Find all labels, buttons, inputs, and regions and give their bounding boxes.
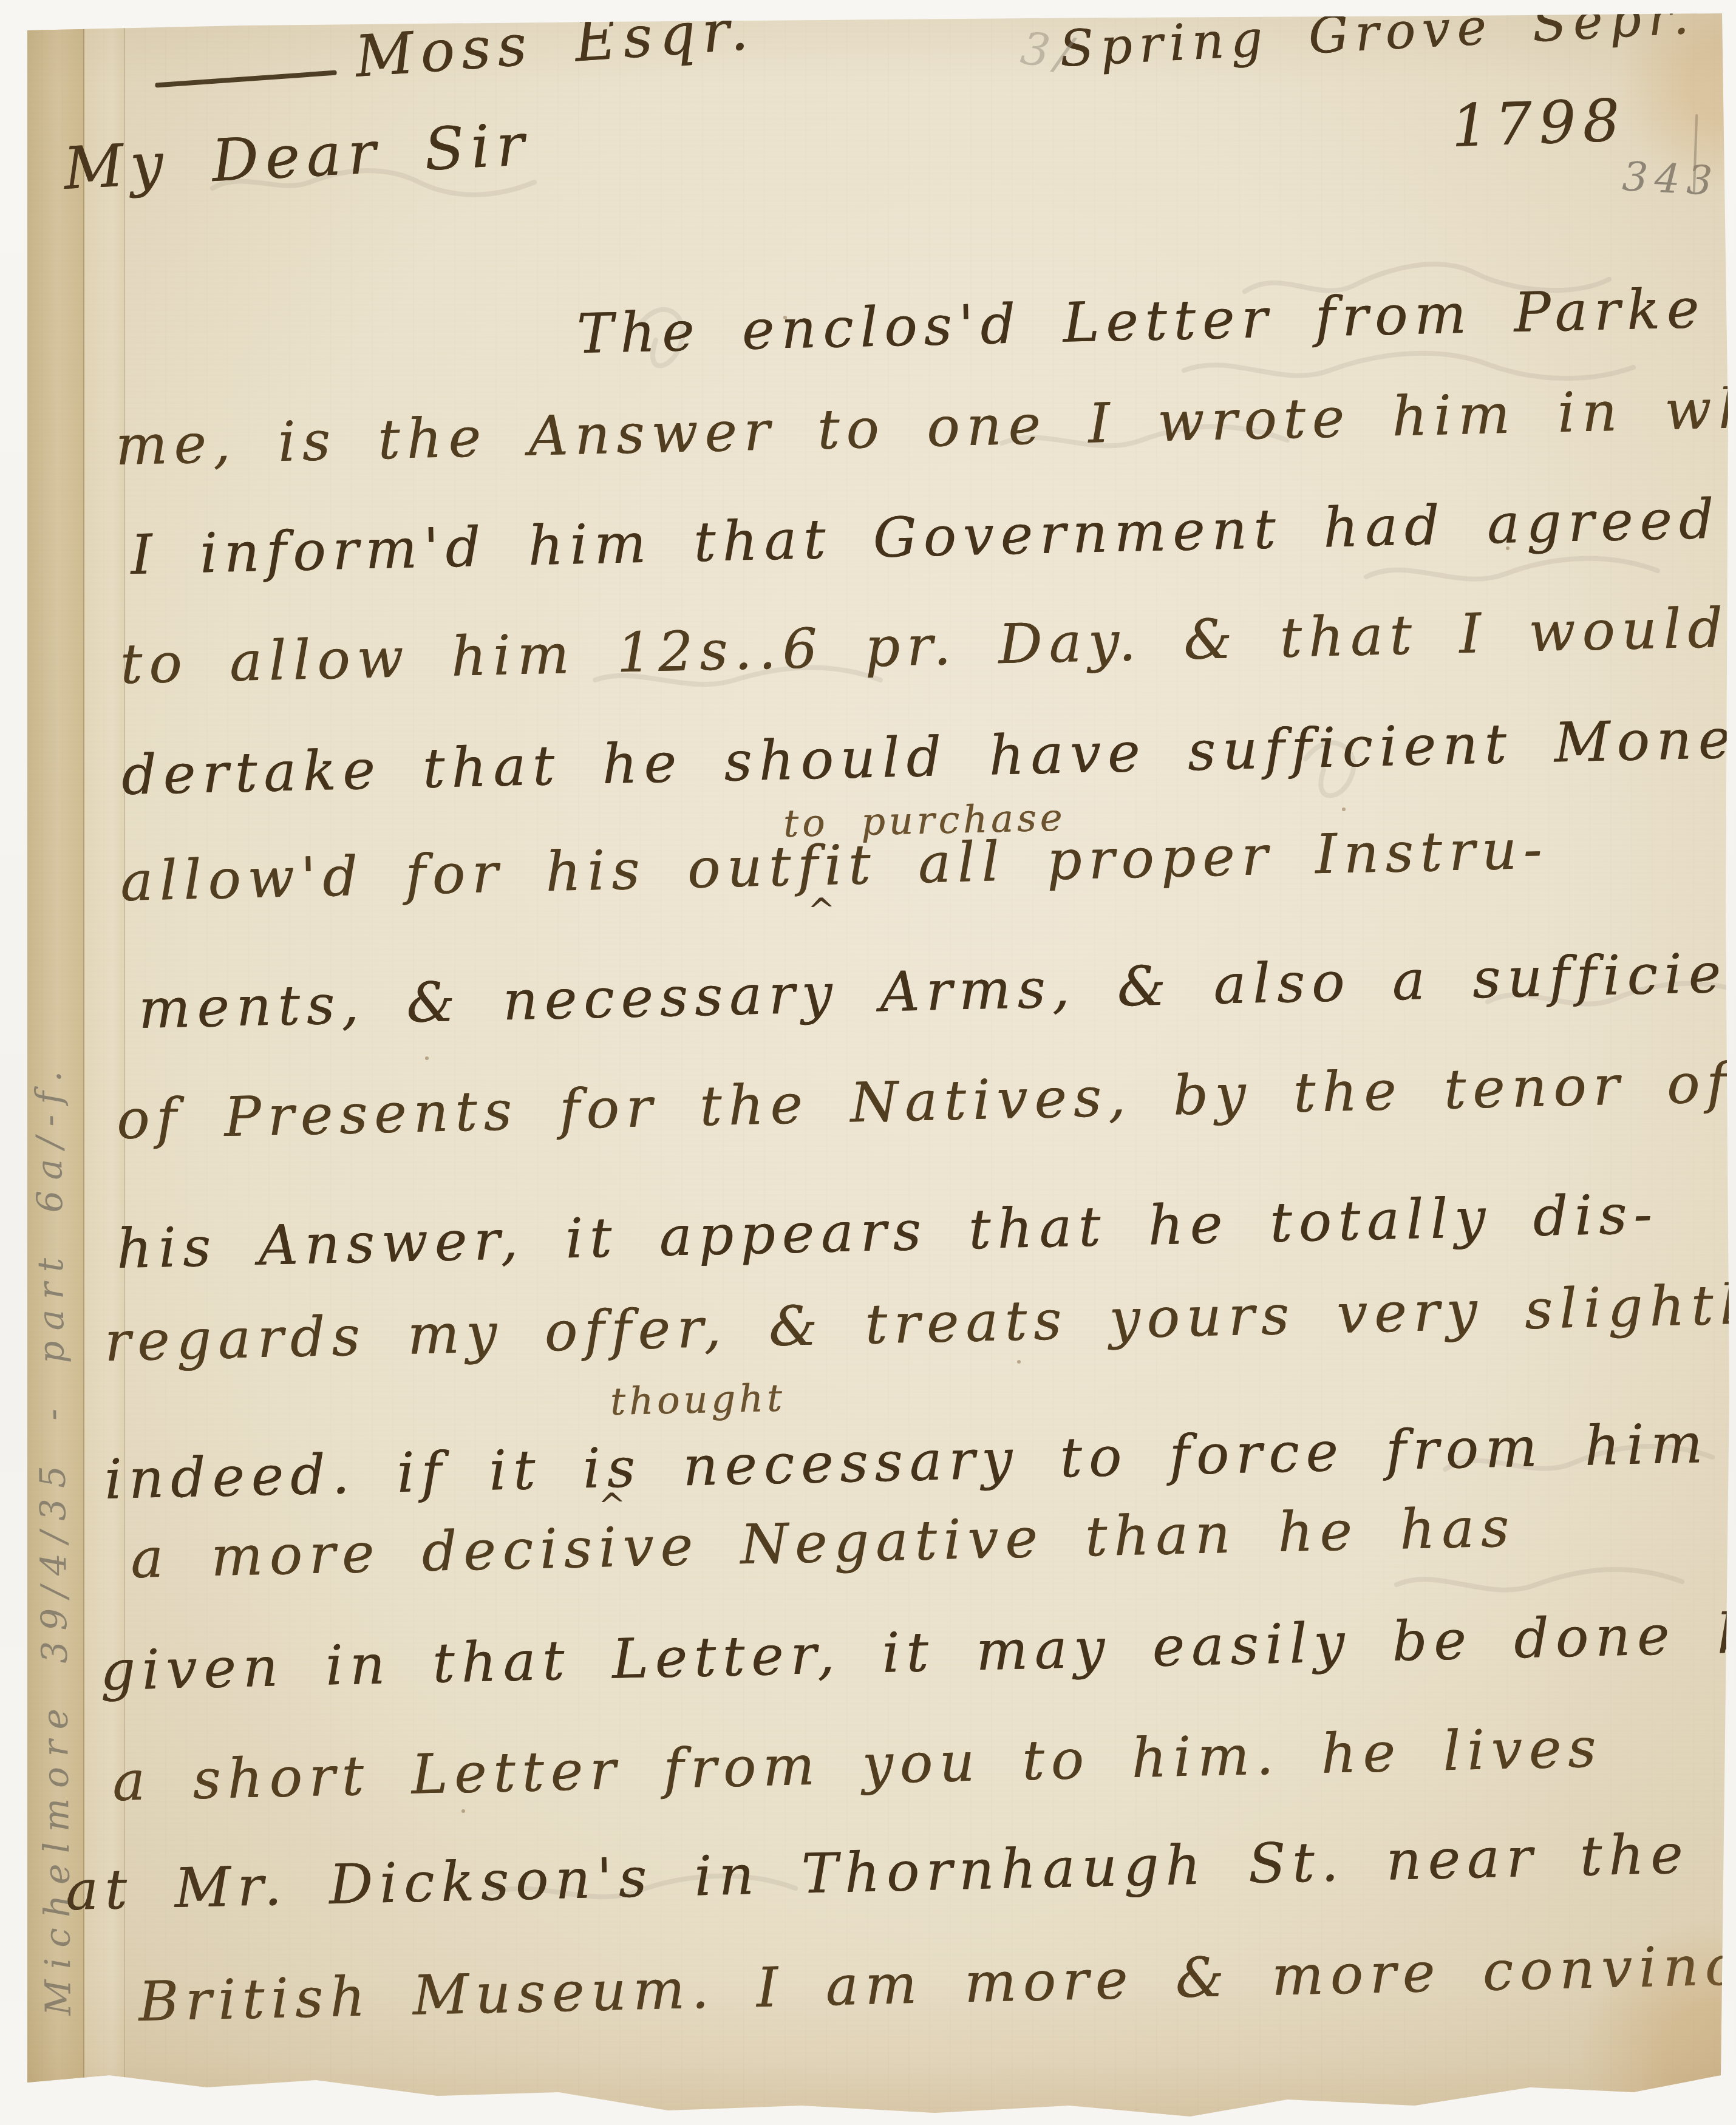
body-line: dertake that he should have sufficient M…	[121, 706, 1736, 807]
body-line: I inform'd him that Government had agree…	[130, 488, 1721, 587]
foxing-speck	[1506, 546, 1510, 550]
body-line: British Museum. I am more & more convinc…	[138, 1933, 1736, 2034]
manuscript-scan: Moss Esqr. Spring Grove Sepr. 28. 1798 3…	[0, 0, 1736, 2125]
body-line: me, is the Answer to one I wrote him in …	[115, 375, 1736, 478]
foxing-speck	[783, 316, 787, 319]
pencil-folio-number: 343	[1621, 153, 1720, 205]
body-line: his Answer, it appears that he totally d…	[116, 1182, 1659, 1281]
dateline: Spring Grove Sepr. 28.	[1058, 0, 1736, 78]
body-line: of Presents for the Natives, by the teno…	[116, 1052, 1734, 1152]
caret-mark: ^	[807, 891, 836, 930]
foxing-speck	[1017, 1360, 1021, 1364]
pencil-top-mark: 3/	[1018, 22, 1081, 81]
interlineation-thought: thought	[610, 1375, 786, 1424]
body-line: at Mr. Dickson's in Thornhaugh St. near …	[65, 1822, 1690, 1923]
docket-addressee: Moss Esqr.	[353, 0, 757, 90]
salutation: My Dear Sir	[62, 110, 533, 203]
body-line: to allow him 12s..6 pr. Day. & that I wo…	[120, 593, 1736, 696]
foxing-speck	[425, 1056, 429, 1060]
body-line: given in that Letter, it may easily be d…	[100, 1601, 1736, 1703]
body-line: a more decisive Negative than he has	[130, 1495, 1516, 1591]
body-line: a short Letter from you to him. he lives	[112, 1716, 1603, 1814]
body-line: The enclos'd Letter from Parke to	[576, 274, 1736, 366]
body-line: regards my offer, & treats yours very sl…	[104, 1272, 1736, 1374]
foxing-speck	[1342, 807, 1346, 811]
body-line: ments, & necessary Arms, & also a suffic…	[138, 939, 1736, 1041]
docket-dash	[155, 70, 337, 88]
foxing-speck	[461, 1809, 465, 1813]
letter-sheet: Moss Esqr. Spring Grove Sepr. 28. 1798 3…	[0, 0, 1736, 2125]
dateline-year: 1798	[1450, 86, 1627, 160]
